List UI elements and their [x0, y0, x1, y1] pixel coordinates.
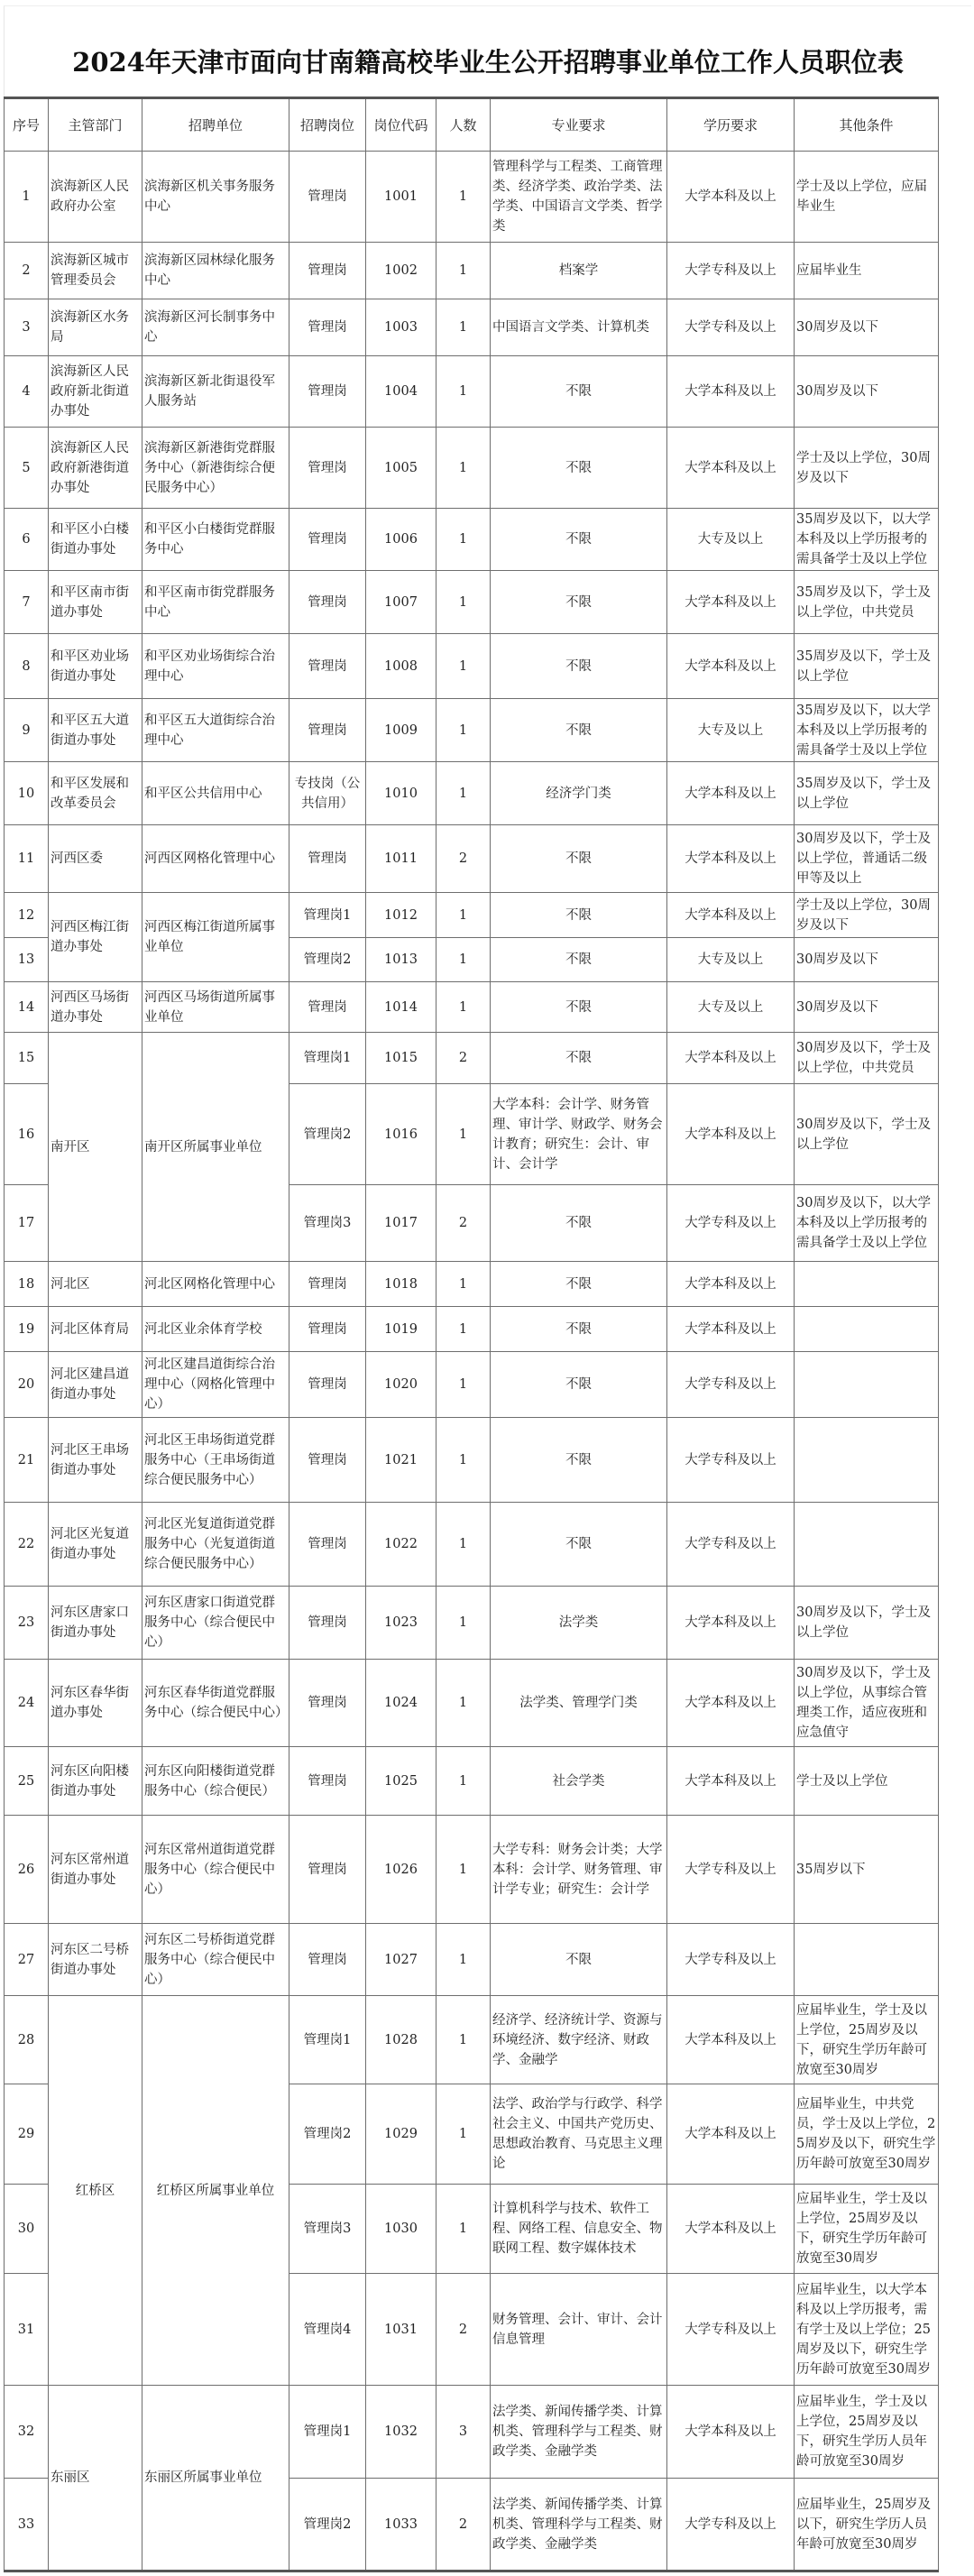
cell-post: 管理岗2 — [289, 2479, 366, 2571]
cell-edu: 大学本科及以上 — [667, 1307, 795, 1352]
cell-post: 管理岗 — [289, 982, 366, 1033]
cell-edu: 大学专科及以上 — [667, 1816, 795, 1924]
cell-no: 26 — [5, 1816, 49, 1924]
table-row: 10 和平区发展和改革委员会 和平区公共信用中心 专技岗（公共信用） 1010 … — [5, 762, 939, 825]
cell-no: 29 — [5, 2084, 49, 2185]
cell-num: 1 — [436, 1503, 491, 1587]
cell-num: 1 — [436, 356, 491, 428]
cell-no: 31 — [5, 2274, 49, 2386]
cell-post: 管理岗 — [289, 825, 366, 893]
cell-other: 应届毕业生，学士及以上学位，25周岁及以下，研究生学历年龄可放宽至30周岁 — [795, 2185, 939, 2274]
header-other: 其他条件 — [795, 98, 939, 152]
cell-other: 30周岁及以下，学士及以上学位 — [795, 1084, 939, 1185]
cell-edu: 大专及以上 — [667, 938, 795, 982]
cell-code: 1008 — [366, 634, 436, 699]
cell-dept: 河东区唐家口街道办事处 — [49, 1587, 142, 1660]
cell-code: 1021 — [366, 1418, 436, 1503]
cell-code: 1002 — [366, 243, 436, 299]
cell-dept: 和平区五大道街道办事处 — [49, 699, 142, 762]
cell-unit: 河北区光复道街道党群服务中心（光复道街道综合便民服务中心） — [142, 1503, 289, 1587]
cell-other: 35周岁及以下，以大学本科及以上学历报考的需具备学士及以上学位 — [795, 509, 939, 571]
cell-no: 25 — [5, 1747, 49, 1816]
cell-post: 管理岗 — [289, 1352, 366, 1418]
cell-post: 管理岗4 — [289, 2274, 366, 2386]
cell-dept: 和平区劝业场街道办事处 — [49, 634, 142, 699]
cell-num: 1 — [436, 1307, 491, 1352]
cell-code: 1024 — [366, 1660, 436, 1747]
cell-edu: 大学本科及以上 — [667, 893, 795, 938]
cell-no: 1 — [5, 152, 49, 243]
cell-code: 1013 — [366, 938, 436, 982]
position-table: 序号 主管部门 招聘单位 招聘岗位 岗位代码 人数 专业要求 学历要求 其他条件… — [4, 97, 939, 2572]
cell-dept: 滨海新区人民政府新港街道办事处 — [49, 428, 142, 509]
cell-no: 22 — [5, 1503, 49, 1587]
cell-no: 8 — [5, 634, 49, 699]
cell-post: 管理岗1 — [289, 1996, 366, 2084]
cell-dept: 河北区王串场街道办事处 — [49, 1418, 142, 1503]
cell-edu: 大学专科及以上 — [667, 2274, 795, 2386]
cell-other: 30周岁及以下 — [795, 938, 939, 982]
cell-post: 管理岗 — [289, 1587, 366, 1660]
cell-post: 管理岗2 — [289, 1084, 366, 1185]
cell-dept: 南开区 — [49, 1033, 142, 1262]
cell-no: 24 — [5, 1660, 49, 1747]
cell-other — [795, 1418, 939, 1503]
table-row: 12 河西区梅江街道办事处 河西区梅江街道所属事业单位 管理岗1 1012 1 … — [5, 893, 939, 938]
cell-code: 1020 — [366, 1352, 436, 1418]
cell-major: 法学类、新闻传播学类、计算机类、管理科学与工程类、财政学类、金融学类 — [491, 2479, 667, 2571]
cell-major: 大学本科：会计学、财务管理、审计学、财政学、财务会计教育；研究生：会计、审计、会… — [491, 1084, 667, 1185]
cell-num: 1 — [436, 634, 491, 699]
cell-unit: 和平区五大道街综合治理中心 — [142, 699, 289, 762]
cell-num: 1 — [436, 699, 491, 762]
cell-no: 10 — [5, 762, 49, 825]
title-band: 2024年天津市面向甘南籍高校毕业生公开招聘事业单位工作人员职位表 — [4, 5, 971, 97]
cell-other — [795, 1924, 939, 1996]
header-major: 专业要求 — [491, 98, 667, 152]
cell-edu: 大学本科及以上 — [667, 2185, 795, 2274]
cell-unit: 河北区王串场街道党群服务中心（王串场街道综合便民服务中心） — [142, 1418, 289, 1503]
cell-other: 学士及以上学位，30周岁及以下 — [795, 893, 939, 938]
cell-unit: 滨海新区河长制事务中心 — [142, 299, 289, 356]
cell-dept: 河东区二号桥街道办事处 — [49, 1924, 142, 1996]
table-row: 11 河西区委 河西区网格化管理中心 管理岗 1011 2 不限 大学本科及以上… — [5, 825, 939, 893]
cell-no: 11 — [5, 825, 49, 893]
table-row: 21 河北区王串场街道办事处 河北区王串场街道党群服务中心（王串场街道综合便民服… — [5, 1418, 939, 1503]
header-no: 序号 — [5, 98, 49, 152]
cell-code: 1010 — [366, 762, 436, 825]
cell-no: 3 — [5, 299, 49, 356]
cell-edu: 大学专科及以上 — [667, 1185, 795, 1262]
cell-edu: 大学本科及以上 — [667, 428, 795, 509]
table-row: 15 南开区 南开区所属事业单位 管理岗1 1015 2 不限 大学本科及以上 … — [5, 1033, 939, 1084]
cell-unit: 东丽区所属事业单位 — [142, 2386, 289, 2571]
cell-unit: 河东区二号桥街道党群服务中心（综合便民中心） — [142, 1924, 289, 1996]
cell-dept: 滨海新区人民政府新北街道办事处 — [49, 356, 142, 428]
cell-other: 学士及以上学位 — [795, 1747, 939, 1816]
cell-no: 28 — [5, 1996, 49, 2084]
page-title: 2024年天津市面向甘南籍高校毕业生公开招聘事业单位工作人员职位表 — [5, 42, 971, 79]
cell-no: 21 — [5, 1418, 49, 1503]
cell-no: 23 — [5, 1587, 49, 1660]
cell-code: 1005 — [366, 428, 436, 509]
cell-unit: 滨海新区新港街党群服务中心（新港街综合便民服务中心） — [142, 428, 289, 509]
cell-edu: 大学本科及以上 — [667, 1262, 795, 1307]
cell-major: 不限 — [491, 1033, 667, 1084]
cell-code: 1023 — [366, 1587, 436, 1660]
cell-dept: 河西区梅江街道办事处 — [49, 893, 142, 982]
cell-other: 35周岁以下 — [795, 1816, 939, 1924]
cell-edu: 大学专科及以上 — [667, 1503, 795, 1587]
cell-post: 管理岗 — [289, 1307, 366, 1352]
cell-major: 不限 — [491, 1262, 667, 1307]
cell-dept: 滨海新区城市管理委员会 — [49, 243, 142, 299]
cell-unit: 滨海新区新北街退役军人服务站 — [142, 356, 289, 428]
cell-num: 2 — [436, 1033, 491, 1084]
cell-no: 16 — [5, 1084, 49, 1185]
cell-other: 学士及以上学位，应届毕业生 — [795, 152, 939, 243]
cell-unit: 滨海新区机关事务服务中心 — [142, 152, 289, 243]
cell-other: 应届毕业生，25周岁及以下，研究生学历人员年龄可放宽至30周岁 — [795, 2479, 939, 2571]
cell-major: 不限 — [491, 571, 667, 634]
cell-no: 33 — [5, 2479, 49, 2571]
table-row: 23 河东区唐家口街道办事处 河东区唐家口街道党群服务中心（综合便民中心） 管理… — [5, 1587, 939, 1660]
cell-edu: 大学本科及以上 — [667, 1660, 795, 1747]
document-page: 2024年天津市面向甘南籍高校毕业生公开招聘事业单位工作人员职位表 序号 主管部… — [0, 0, 974, 2576]
cell-major: 不限 — [491, 1307, 667, 1352]
cell-post: 管理岗 — [289, 1418, 366, 1503]
cell-edu: 大学专科及以上 — [667, 1352, 795, 1418]
cell-major: 大学专科：财务会计类；大学本科：会计学、财务管理、审计学专业；研究生：会计学 — [491, 1816, 667, 1924]
cell-unit: 河北区网格化管理中心 — [142, 1262, 289, 1307]
cell-post: 管理岗 — [289, 509, 366, 571]
cell-dept: 河东区春华街道办事处 — [49, 1660, 142, 1747]
cell-post: 管理岗2 — [289, 2084, 366, 2185]
cell-dept: 河北区体育局 — [49, 1307, 142, 1352]
cell-post: 管理岗 — [289, 243, 366, 299]
table-row: 28 红桥区 红桥区所属事业单位 管理岗1 1028 1 经济学、经济统计学、资… — [5, 1996, 939, 2084]
cell-num: 1 — [436, 1816, 491, 1924]
cell-major: 法学类、管理学门类 — [491, 1660, 667, 1747]
cell-post: 管理岗 — [289, 1660, 366, 1747]
cell-major: 不限 — [491, 938, 667, 982]
table-row: 14 河西区马场街道办事处 河西区马场街道所属事业单位 管理岗 1014 1 不… — [5, 982, 939, 1033]
cell-num: 1 — [436, 1924, 491, 1996]
cell-dept: 河北区建昌道街道办事处 — [49, 1352, 142, 1418]
cell-dept: 河西区马场街道办事处 — [49, 982, 142, 1033]
cell-post: 管理岗3 — [289, 1185, 366, 1262]
cell-no: 9 — [5, 699, 49, 762]
cell-other: 30周岁及以下，学士及以上学位，从事综合管理类工作，适应夜班和应急值守 — [795, 1660, 939, 1747]
cell-code: 1007 — [366, 571, 436, 634]
cell-other: 应届毕业生，学士及以上学位，25周岁及以下，研究生学历年龄可放宽至30周岁 — [795, 1996, 939, 2084]
cell-major: 不限 — [491, 356, 667, 428]
cell-major: 经济学、经济统计学、资源与环境经济、数字经济、财政学、金融学 — [491, 1996, 667, 2084]
table-row: 8 和平区劝业场街道办事处 和平区劝业场街综合治理中心 管理岗 1008 1 不… — [5, 634, 939, 699]
cell-other — [795, 1503, 939, 1587]
cell-no: 2 — [5, 243, 49, 299]
cell-other: 35周岁及以下，学士及以上学位，中共党员 — [795, 571, 939, 634]
table-row: 9 和平区五大道街道办事处 和平区五大道街综合治理中心 管理岗 1009 1 不… — [5, 699, 939, 762]
cell-edu: 大学本科及以上 — [667, 1747, 795, 1816]
cell-other: 35周岁及以下，学士及以上学位 — [795, 634, 939, 699]
cell-no: 18 — [5, 1262, 49, 1307]
cell-edu: 大学专科及以上 — [667, 1924, 795, 1996]
cell-num: 1 — [436, 152, 491, 243]
cell-no: 4 — [5, 356, 49, 428]
cell-code: 1003 — [366, 299, 436, 356]
cell-num: 1 — [436, 982, 491, 1033]
cell-num: 1 — [436, 1418, 491, 1503]
cell-unit: 河西区马场街道所属事业单位 — [142, 982, 289, 1033]
cell-major: 不限 — [491, 1924, 667, 1996]
cell-num: 1 — [436, 1996, 491, 2084]
cell-edu: 大学本科及以上 — [667, 152, 795, 243]
cell-post: 管理岗 — [289, 299, 366, 356]
cell-dept: 东丽区 — [49, 2386, 142, 2571]
cell-edu: 大学本科及以上 — [667, 762, 795, 825]
cell-other: 应届毕业生，学士及以上学位，25周岁及以下，研究生学历人员年龄可放宽至30周岁 — [795, 2386, 939, 2479]
cell-code: 1027 — [366, 1924, 436, 1996]
cell-code: 1018 — [366, 1262, 436, 1307]
table-row: 32 东丽区 东丽区所属事业单位 管理岗1 1032 3 法学类、新闻传播学类、… — [5, 2386, 939, 2479]
cell-code: 1025 — [366, 1747, 436, 1816]
cell-num: 1 — [436, 938, 491, 982]
table-row: 4 滨海新区人民政府新北街道办事处 滨海新区新北街退役军人服务站 管理岗 100… — [5, 356, 939, 428]
table-row: 22 河北区光复道街道办事处 河北区光复道街道党群服务中心（光复道街道综合便民服… — [5, 1503, 939, 1587]
cell-other: 应届毕业生，中共党员，学士及以上学位，25周岁及以下，研究生学历年龄可放宽至30… — [795, 2084, 939, 2185]
cell-num: 1 — [436, 893, 491, 938]
cell-edu: 大专及以上 — [667, 509, 795, 571]
cell-no: 6 — [5, 509, 49, 571]
cell-major: 不限 — [491, 982, 667, 1033]
cell-post: 管理岗3 — [289, 2185, 366, 2274]
cell-dept: 河北区光复道街道办事处 — [49, 1503, 142, 1587]
cell-major: 中国语言文学类、计算机类 — [491, 299, 667, 356]
cell-edu: 大学专科及以上 — [667, 1418, 795, 1503]
cell-unit: 河北区建昌道街综合治理中心（网格化管理中心） — [142, 1352, 289, 1418]
cell-post: 专技岗（公共信用） — [289, 762, 366, 825]
cell-no: 12 — [5, 893, 49, 938]
cell-other — [795, 1352, 939, 1418]
cell-unit: 南开区所属事业单位 — [142, 1033, 289, 1262]
cell-post: 管理岗 — [289, 1924, 366, 1996]
cell-unit: 河东区唐家口街道党群服务中心（综合便民中心） — [142, 1587, 289, 1660]
cell-num: 3 — [436, 2386, 491, 2479]
cell-unit: 滨海新区园林绿化服务中心 — [142, 243, 289, 299]
cell-num: 1 — [436, 1660, 491, 1747]
cell-no: 14 — [5, 982, 49, 1033]
cell-unit: 河东区春华街道党群服务中心（综合便民中心） — [142, 1660, 289, 1747]
cell-code: 1019 — [366, 1307, 436, 1352]
cell-no: 13 — [5, 938, 49, 982]
table-row: 2 滨海新区城市管理委员会 滨海新区园林绿化服务中心 管理岗 1002 1 档案… — [5, 243, 939, 299]
cell-other — [795, 1262, 939, 1307]
cell-num: 1 — [436, 2084, 491, 2185]
cell-major: 法学类、新闻传播学类、计算机类、管理科学与工程类、财政学类、金融学类 — [491, 2386, 667, 2479]
cell-num: 1 — [436, 1747, 491, 1816]
cell-other: 30周岁及以下，学士及以上学位，普通话二级甲等及以上 — [795, 825, 939, 893]
cell-major: 不限 — [491, 634, 667, 699]
cell-code: 1011 — [366, 825, 436, 893]
cell-no: 15 — [5, 1033, 49, 1084]
cell-edu: 大专及以上 — [667, 699, 795, 762]
cell-edu: 大学专科及以上 — [667, 2479, 795, 2571]
cell-major: 不限 — [491, 825, 667, 893]
cell-code: 1033 — [366, 2479, 436, 2571]
cell-unit: 和平区南市街党群服务中心 — [142, 571, 289, 634]
cell-code: 1015 — [366, 1033, 436, 1084]
cell-post: 管理岗 — [289, 634, 366, 699]
cell-edu: 大学本科及以上 — [667, 1084, 795, 1185]
cell-num: 1 — [436, 1352, 491, 1418]
cell-code: 1016 — [366, 1084, 436, 1185]
table-row: 19 河北区体育局 河北区业余体育学校 管理岗 1019 1 不限 大学本科及以… — [5, 1307, 939, 1352]
cell-num: 2 — [436, 825, 491, 893]
table-row: 25 河东区向阳楼街道办事处 河东区向阳楼街道党群服务中心（综合便民） 管理岗 … — [5, 1747, 939, 1816]
cell-post: 管理岗 — [289, 1816, 366, 1924]
cell-no: 27 — [5, 1924, 49, 1996]
cell-edu: 大学本科及以上 — [667, 356, 795, 428]
cell-dept: 滨海新区人民政府办公室 — [49, 152, 142, 243]
table-row: 1 滨海新区人民政府办公室 滨海新区机关事务服务中心 管理岗 1001 1 管理… — [5, 152, 939, 243]
cell-num: 1 — [436, 1262, 491, 1307]
cell-edu: 大学本科及以上 — [667, 2084, 795, 2185]
cell-other: 30周岁及以下 — [795, 982, 939, 1033]
table-row: 6 和平区小白楼街道办事处 和平区小白楼街党群服务中心 管理岗 1006 1 不… — [5, 509, 939, 571]
header-edu: 学历要求 — [667, 98, 795, 152]
header-unit: 招聘单位 — [142, 98, 289, 152]
cell-post: 管理岗1 — [289, 893, 366, 938]
cell-code: 1012 — [366, 893, 436, 938]
cell-major: 社会学类 — [491, 1747, 667, 1816]
cell-edu: 大学本科及以上 — [667, 634, 795, 699]
cell-dept: 红桥区 — [49, 1996, 142, 2386]
cell-post: 管理岗1 — [289, 1033, 366, 1084]
cell-other: 30周岁及以下 — [795, 356, 939, 428]
cell-other: 35周岁及以下，以大学本科及以上学历报考的需具备学士及以上学位 — [795, 699, 939, 762]
table-header-row: 序号 主管部门 招聘单位 招聘岗位 岗位代码 人数 专业要求 学历要求 其他条件 — [5, 98, 939, 152]
cell-code: 1001 — [366, 152, 436, 243]
cell-major: 不限 — [491, 1352, 667, 1418]
cell-code: 1032 — [366, 2386, 436, 2479]
cell-dept: 河西区委 — [49, 825, 142, 893]
cell-major: 不限 — [491, 1185, 667, 1262]
cell-no: 19 — [5, 1307, 49, 1352]
cell-edu: 大学本科及以上 — [667, 825, 795, 893]
cell-post: 管理岗1 — [289, 2386, 366, 2479]
table-row: 26 河东区常州道街道办事处 河东区常州道街道党群服务中心（综合便民中心） 管理… — [5, 1816, 939, 1924]
table-row: 20 河北区建昌道街道办事处 河北区建昌道街综合治理中心（网格化管理中心） 管理… — [5, 1352, 939, 1418]
cell-unit: 和平区劝业场街综合治理中心 — [142, 634, 289, 699]
cell-no: 32 — [5, 2386, 49, 2479]
table-row: 27 河东区二号桥街道办事处 河东区二号桥街道党群服务中心（综合便民中心） 管理… — [5, 1924, 939, 1996]
cell-unit: 红桥区所属事业单位 — [142, 1996, 289, 2386]
cell-code: 1017 — [366, 1185, 436, 1262]
cell-other: 学士及以上学位，30周岁及以下 — [795, 428, 939, 509]
cell-major: 不限 — [491, 699, 667, 762]
cell-other: 35周岁及以下，学士及以上学位 — [795, 762, 939, 825]
cell-post: 管理岗 — [289, 152, 366, 243]
cell-major: 经济学门类 — [491, 762, 667, 825]
cell-no: 20 — [5, 1352, 49, 1418]
table-row: 5 滨海新区人民政府新港街道办事处 滨海新区新港街党群服务中心（新港街综合便民服… — [5, 428, 939, 509]
cell-post: 管理岗 — [289, 571, 366, 634]
cell-edu: 大学本科及以上 — [667, 1996, 795, 2084]
cell-num: 1 — [436, 299, 491, 356]
cell-num: 1 — [436, 243, 491, 299]
cell-other: 30周岁及以下 — [795, 299, 939, 356]
cell-other — [795, 1307, 939, 1352]
cell-post: 管理岗 — [289, 1503, 366, 1587]
cell-num: 1 — [436, 1084, 491, 1185]
cell-unit: 河西区梅江街道所属事业单位 — [142, 893, 289, 982]
cell-major: 法学类 — [491, 1587, 667, 1660]
cell-other: 30周岁及以下，以大学本科及以上学历报考的需具备学士及以上学位 — [795, 1185, 939, 1262]
cell-num: 1 — [436, 509, 491, 571]
cell-major: 财务管理、会计、审计、会计信息管理 — [491, 2274, 667, 2386]
cell-edu: 大学本科及以上 — [667, 2386, 795, 2479]
cell-no: 5 — [5, 428, 49, 509]
cell-dept: 河东区向阳楼街道办事处 — [49, 1747, 142, 1816]
cell-other: 30周岁及以下，学士及以上学位 — [795, 1587, 939, 1660]
cell-unit: 河西区网格化管理中心 — [142, 825, 289, 893]
cell-major: 计算机科学与技术、软件工程、网络工程、信息安全、物联网工程、数字媒体技术 — [491, 2185, 667, 2274]
cell-major: 管理科学与工程类、工商管理类、经济学类、政治学类、法学类、中国语言文学类、哲学类 — [491, 152, 667, 243]
cell-dept: 河东区常州道街道办事处 — [49, 1816, 142, 1924]
cell-num: 1 — [436, 2185, 491, 2274]
cell-major: 不限 — [491, 1418, 667, 1503]
cell-post: 管理岗 — [289, 699, 366, 762]
cell-no: 30 — [5, 2185, 49, 2274]
cell-code: 1026 — [366, 1816, 436, 1924]
table-row: 3 滨海新区水务局 滨海新区河长制事务中心 管理岗 1003 1 中国语言文学类… — [5, 299, 939, 356]
cell-major: 不限 — [491, 509, 667, 571]
cell-post: 管理岗 — [289, 428, 366, 509]
cell-num: 2 — [436, 1185, 491, 1262]
table-row: 7 和平区南市街道办事处 和平区南市街党群服务中心 管理岗 1007 1 不限 … — [5, 571, 939, 634]
cell-edu: 大学专科及以上 — [667, 299, 795, 356]
cell-other: 应届毕业生，以大学本科及以上学历报考，需有学士及以上学位；25周岁及以下，研究生… — [795, 2274, 939, 2386]
cell-edu: 大学专科及以上 — [667, 243, 795, 299]
cell-other: 应届毕业生 — [795, 243, 939, 299]
cell-edu: 大学本科及以上 — [667, 1587, 795, 1660]
cell-edu: 大学本科及以上 — [667, 1033, 795, 1084]
cell-num: 1 — [436, 428, 491, 509]
cell-major: 不限 — [491, 1503, 667, 1587]
cell-code: 1030 — [366, 2185, 436, 2274]
cell-code: 1022 — [366, 1503, 436, 1587]
header-dept: 主管部门 — [49, 98, 142, 152]
cell-dept: 滨海新区水务局 — [49, 299, 142, 356]
cell-unit: 和平区小白楼街党群服务中心 — [142, 509, 289, 571]
cell-no: 17 — [5, 1185, 49, 1262]
cell-code: 1028 — [366, 1996, 436, 2084]
cell-code: 1014 — [366, 982, 436, 1033]
cell-post: 管理岗 — [289, 1262, 366, 1307]
cell-major: 不限 — [491, 428, 667, 509]
table-row: 24 河东区春华街道办事处 河东区春华街道党群服务中心（综合便民中心） 管理岗 … — [5, 1660, 939, 1747]
cell-major: 不限 — [491, 893, 667, 938]
cell-edu: 大学本科及以上 — [667, 571, 795, 634]
cell-unit: 河北区业余体育学校 — [142, 1307, 289, 1352]
cell-dept: 和平区小白楼街道办事处 — [49, 509, 142, 571]
header-post: 招聘岗位 — [289, 98, 366, 152]
cell-post: 管理岗 — [289, 356, 366, 428]
cell-code: 1031 — [366, 2274, 436, 2386]
cell-num: 1 — [436, 571, 491, 634]
cell-code: 1006 — [366, 509, 436, 571]
